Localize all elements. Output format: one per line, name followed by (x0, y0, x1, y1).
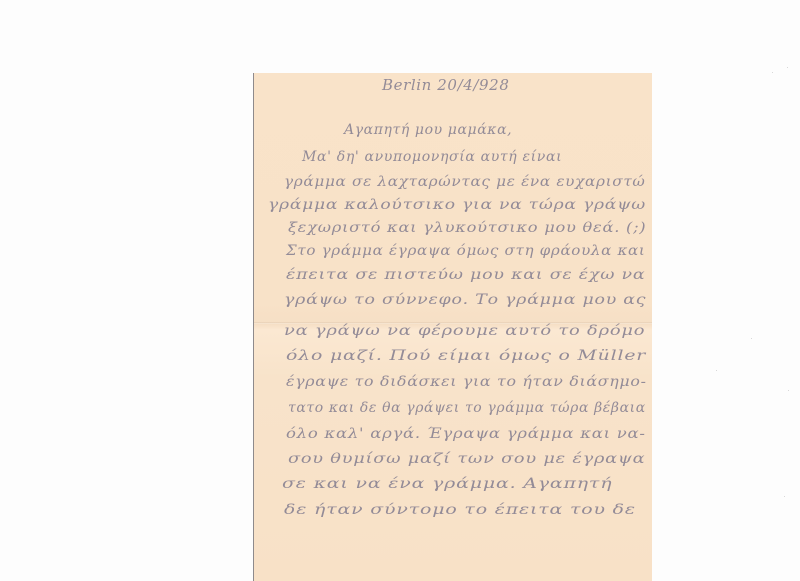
body-line: έπειτα σε πιστεύω μου και σε έχω να (286, 267, 645, 283)
body-line: δε ήταν σύντομο το έπειτα του δε (284, 502, 636, 518)
body-line: Μα' δη' ανυπομονησία αυτή είναι (302, 149, 646, 165)
body-line: σου θυμίσω μαζί των σου με έγραψα (288, 451, 645, 467)
body-line: σε και να ένα γράμμα. Αγαπητή (282, 476, 612, 492)
body-line: γράψω το σύννεφο. Το γράμμα μου ας (284, 292, 646, 308)
date-line: Berlin 20/4/928 (382, 76, 509, 94)
dust-speck (716, 370, 717, 371)
dust-speck (751, 338, 752, 339)
body-line: γράμμα σε λαχταρώντας με ένα ευχαριστώ (284, 174, 646, 190)
salutation: Αγαπητή μου μαμάκα, (344, 122, 512, 138)
dust-speck (788, 390, 789, 391)
dust-speck (787, 67, 788, 68)
body-line: Στο γράμμα έγραψα όμως στη φράουλα και (286, 243, 646, 259)
body-line: να γράψω να φέρουμε αυτό το δρόμο (284, 323, 645, 339)
body-line: γράμμα καλούτσικο για να τώρα γράψω (268, 197, 646, 213)
letter-page: Berlin 20/4/928 Αγαπητή μου μαμάκα, Μα' … (253, 73, 652, 581)
scan-background: Berlin 20/4/928 Αγαπητή μου μαμάκα, Μα' … (0, 0, 800, 581)
body-line: ξεχωριστό και γλυκούτσικο μου θεά. (;) (288, 220, 646, 236)
dust-speck (784, 496, 785, 497)
body-line: τατο και δε θα γράψει το γράμμα τώρα βέβ… (288, 400, 646, 416)
dust-speck (772, 72, 773, 73)
body-line: όλο καλ' αργά. Έγραψα γράμμα και να- (286, 426, 646, 442)
body-line: όλο μαζί. Πού είμαι όμως ο Müller (286, 348, 646, 364)
body-line: έγραψε το διδάσκει για το ήταν διάσημο- (286, 374, 647, 390)
